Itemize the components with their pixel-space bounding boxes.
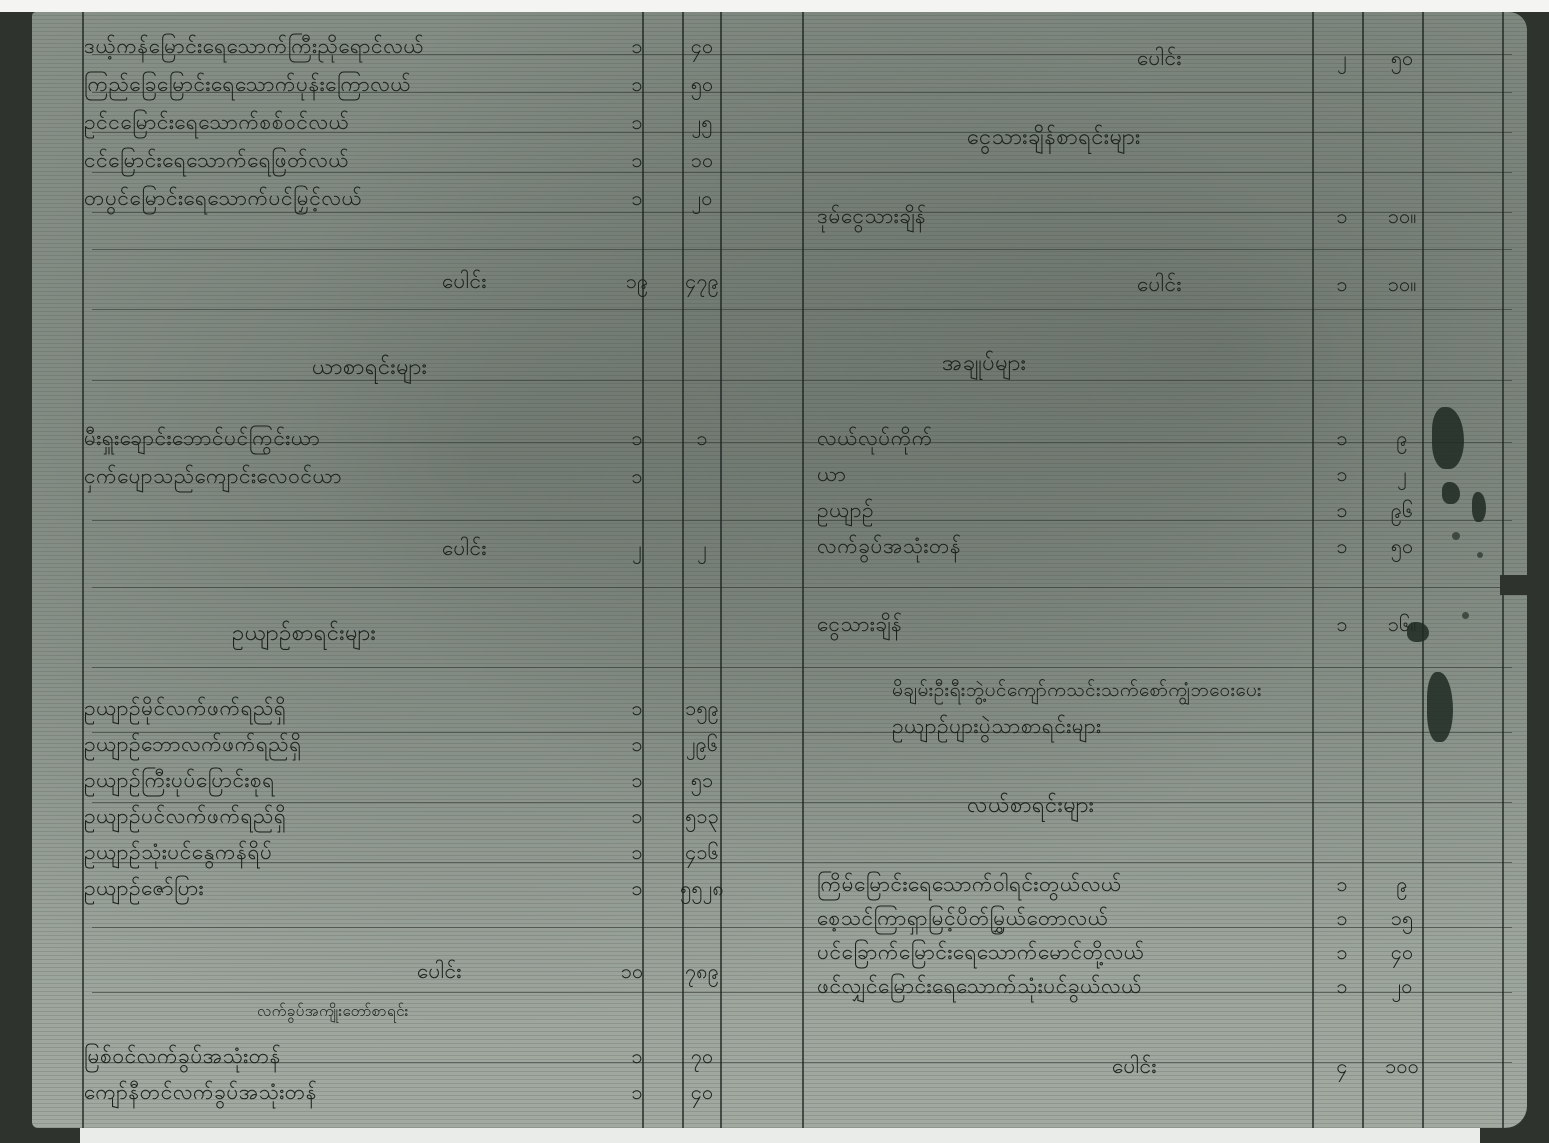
entry-label: မီးရှူးချောင်းဘောင်ပင်ကြွင်းယာ xyxy=(84,424,320,452)
total-qty: ၂ xyxy=(622,534,652,562)
entry-label: ဥယျာဉ်ပင်လက်ဖက်ရည်ရှိ xyxy=(84,802,286,830)
entry-label: ဒယ့်ကန်မြောင်းရေသောက်ကြီးညိုရောင်လယ် xyxy=(84,32,424,60)
entry-label: တပွင်မြောင်းရေသောက်ပင်မြှင့်လယ် xyxy=(84,184,362,212)
entry-label: ပင်ခြောက်မြောင်းရေသောက်မောင်တို့လယ် xyxy=(817,938,1145,966)
ink-speck xyxy=(1452,532,1460,540)
entry-qty: ၁ xyxy=(1322,972,1362,1000)
ink-stain xyxy=(1432,407,1464,469)
entry-amount: ၂၀ xyxy=(672,184,732,212)
entry-amount: ၅၀ xyxy=(672,70,732,98)
scan-bottom-margin xyxy=(80,1128,1480,1143)
entry-amount: ၄၀ xyxy=(672,32,732,60)
entry-qty: ၁ xyxy=(622,146,652,174)
entry-qty: ၁ xyxy=(622,108,652,136)
ledger-page: ဒယ့်ကန်မြောင်းရေသောက်ကြီးညိုရောင်လယ် ၁ ၄… xyxy=(32,12,1527,1128)
column-rule xyxy=(1502,12,1504,1128)
entry-label: ငင်မြောင်းရေသောက်ရေဖြတ်လယ် xyxy=(84,146,349,174)
entry-qty: ၁ xyxy=(622,424,652,452)
page-edge-notch xyxy=(1500,575,1549,595)
entry-amount: ၁၅ xyxy=(1372,904,1432,932)
ink-speck xyxy=(1462,612,1469,619)
entry-amount: ၂ xyxy=(1372,460,1432,488)
total-amount: ၅၀ xyxy=(1372,44,1432,72)
entry-amount: ၂၅ xyxy=(672,108,732,136)
entry-label: ဥယျာဉ် xyxy=(817,496,874,524)
total-label: ပေါင်း xyxy=(442,267,487,295)
entry-label: စေ့သင်ကြာရှာမြင့်ပိတ်မြွှယ်တောလယ် xyxy=(817,904,1109,932)
entry-amount: ၉၆ xyxy=(1372,496,1432,524)
column-rule xyxy=(1362,12,1364,1128)
entry-qty: ၁ xyxy=(622,1042,652,1070)
entry-qty: ၁ xyxy=(622,462,652,490)
entry-qty: ၁ xyxy=(1322,496,1362,524)
ink-stain xyxy=(1407,622,1429,642)
entry-label: ယာ xyxy=(817,460,847,488)
entry-qty: ၁ xyxy=(1322,610,1362,638)
entry-amount: ၁၅၉ xyxy=(672,694,732,722)
entry-qty: ၁ xyxy=(1322,460,1362,488)
total-label: ပေါင်း xyxy=(442,534,487,562)
total-amount: ၁၀။ xyxy=(1372,270,1432,298)
entry-label: ဥယျာဉ်သုံးပင်နွေကန်ရိပ် xyxy=(84,838,273,866)
entry-amount: ၁၀ xyxy=(672,146,732,174)
entry-label: ကျော်နီတင်လက်ခွပ်အသုံးတန် xyxy=(84,1078,317,1106)
entry-amount: ၇၀ xyxy=(672,1042,732,1070)
entry-amount: ၉ xyxy=(1372,870,1432,898)
entry-label: ဒုမ်ငွေသားချိန် xyxy=(817,202,926,230)
entry-amount: ၁၀။ xyxy=(1372,202,1432,230)
entry-qty: ၁ xyxy=(622,838,652,866)
entry-label: ငွေသားချိန် xyxy=(817,610,902,638)
entry-qty: ၁ xyxy=(622,70,652,98)
total-amount: ၂ xyxy=(672,534,732,562)
entry-qty: ၁ xyxy=(1322,202,1362,230)
entry-qty: ၁ xyxy=(622,730,652,758)
total-label: ပေါင်း xyxy=(1112,1052,1157,1080)
total-label: ပေါင်း xyxy=(417,957,462,985)
entry-qty: ၁ xyxy=(622,802,652,830)
entry-amount: ၅၁ xyxy=(672,766,732,794)
entry-label: ဖင်လျှင်မြောင်းရေသောက်သုံးပင်ခွယ်လယ် xyxy=(817,972,1142,1000)
section-heading: ငွေသားချိန်စာရင်းများ xyxy=(967,124,1141,152)
entry-qty: ၁ xyxy=(1322,938,1362,966)
entry-qty: ၁ xyxy=(622,874,652,902)
entry-label: ဥယျာဉ်ကြီးပုပ်ပြောင်းစုရ xyxy=(84,766,275,794)
entry-qty: ၁ xyxy=(622,694,652,722)
entry-label: လယ်လုပ်ကိုက် xyxy=(817,424,933,452)
margin-rule xyxy=(82,12,84,1128)
entry-label: ဥယျာဉ်မိုင်လက်ဖက်ရည်ရှိ xyxy=(84,694,287,722)
entry-label: ကြိမ်မြောင်းရေသောက်ဝါရင်းတွယ်လယ် xyxy=(817,870,1122,898)
entry-label: ကြည်ခြေမြောင်းရေသောက်ပုန်းကြောလယ် xyxy=(84,70,411,98)
note-line: ဥယျာဉ်ပျားပွဲသာစာရင်းများ xyxy=(892,712,1102,740)
section-heading: လက်ခွပ်အကျိုးတော်စာရင်း xyxy=(257,997,409,1025)
entry-qty: ၁ xyxy=(622,184,652,212)
entry-label: မြစ်ဝင်လက်ခွပ်အသုံးတန် xyxy=(84,1042,281,1070)
column-rule xyxy=(1312,12,1314,1128)
entry-amount: ၉ xyxy=(1372,424,1432,452)
total-amount: ၄၇၉ xyxy=(672,267,732,295)
section-heading: လယ်စာရင်းများ xyxy=(967,792,1095,820)
entry-amount: ၂၀ xyxy=(1372,972,1432,1000)
entry-label: ဥင်ငမြောင်းရေသောက်စစ်ဝင်လယ် xyxy=(84,108,350,136)
column-rule xyxy=(802,12,804,1128)
ink-stain xyxy=(1472,492,1486,522)
entry-amount: ၅၁၃ xyxy=(672,802,732,830)
ink-stain xyxy=(1427,672,1453,742)
entry-label: ငှက်ပျောသည်ကျောင်းလေဝင်ယာ xyxy=(84,462,342,490)
entry-amount: ၅၅၂၈ xyxy=(672,874,732,902)
entry-qty: ၁ xyxy=(622,766,652,794)
entry-qty: ၁ xyxy=(622,1078,652,1106)
entry-amount: ၅၀ xyxy=(1372,532,1432,560)
entry-label: ဥယျာဉ်ဘောလက်ဖက်ရည်ရှိ xyxy=(84,730,302,758)
total-label: ပေါင်း xyxy=(1137,44,1182,72)
section-heading: ယာစာရင်းများ xyxy=(312,354,427,382)
total-qty: ၄ xyxy=(1322,1052,1362,1080)
ink-stain xyxy=(1442,482,1460,504)
total-qty: ၂ xyxy=(1322,44,1362,72)
entry-amount: ၄၀ xyxy=(672,1078,732,1106)
entry-amount: ၄၀ xyxy=(1372,938,1432,966)
entry-qty: ၁ xyxy=(622,32,652,60)
entry-amount: ၁ xyxy=(672,424,732,452)
note-line: မိချမ်းဦးရီးဘွဲ့ပင်ကျော်ကသင်းသက်စော်ကျွံ… xyxy=(892,676,1262,704)
section-heading: ဥယျာဉ်စာရင်းများ xyxy=(232,620,376,648)
total-qty: ၁ xyxy=(1322,270,1362,298)
entry-amount: ၄၁၆ xyxy=(672,838,732,866)
entry-qty: ၁ xyxy=(1322,904,1362,932)
total-qty: ၁၉ xyxy=(612,267,662,295)
entry-qty: ၁ xyxy=(1322,424,1362,452)
entry-amount: ၂၉၆ xyxy=(672,730,732,758)
entry-qty: ၁ xyxy=(1322,532,1362,560)
scan-top-margin xyxy=(0,0,1549,12)
total-amount: ၇၈၉ xyxy=(672,957,732,985)
entry-label: လက်ခွပ်အသုံးတန် xyxy=(817,532,961,560)
entry-qty: ၁ xyxy=(1322,870,1362,898)
ink-speck xyxy=(1477,552,1483,558)
total-label: ပေါင်း xyxy=(1137,270,1182,298)
section-heading: အချုပ်များ xyxy=(942,350,1026,378)
total-amount: ၁၀၀ xyxy=(1372,1052,1432,1080)
entry-label: ဥယျာဉ်ဇော်ပြား xyxy=(84,874,204,902)
total-qty: ၁၀ xyxy=(607,957,657,985)
